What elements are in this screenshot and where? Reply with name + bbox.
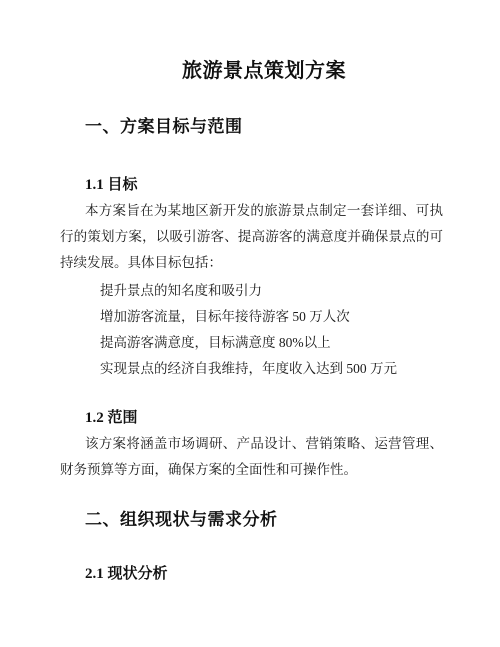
- goal-item-visitor-volume: 增加游客流量，目标年接待游客 50 万人次: [100, 304, 443, 330]
- scope-paragraph: 该方案将涵盖市场调研、产品设计、营销策略、运营管理、财务预算等方面，确保方案的全…: [60, 431, 443, 483]
- section-1-heading: 一、方案目标与范围: [60, 114, 443, 139]
- goal-item-revenue: 实现景点的经济自我维持，年度收入达到 500 万元: [100, 356, 443, 382]
- objectives-paragraph: 本方案旨在为某地区新开发的旅游景点制定一套详细、可执行的策划方案，以吸引游客、提…: [60, 198, 443, 276]
- goal-item-awareness: 提升景点的知名度和吸引力: [100, 278, 443, 304]
- section-2-heading: 二、组织现状与需求分析: [60, 507, 443, 532]
- section-1-2-heading: 1.2 范围: [60, 407, 443, 429]
- goal-item-satisfaction: 提高游客满意度，目标满意度 80%以上: [100, 330, 443, 356]
- document-title: 旅游景点策划方案: [60, 0, 443, 86]
- document-page: 旅游景点策划方案 一、方案目标与范围 1.1 目标 本方案旨在为某地区新开发的旅…: [0, 0, 500, 647]
- section-1-1-heading: 1.1 目标: [60, 174, 443, 196]
- goal-list: 提升景点的知名度和吸引力 增加游客流量，目标年接待游客 50 万人次 提高游客满…: [60, 278, 443, 382]
- section-2-1-heading: 2.1 现状分析: [60, 563, 443, 585]
